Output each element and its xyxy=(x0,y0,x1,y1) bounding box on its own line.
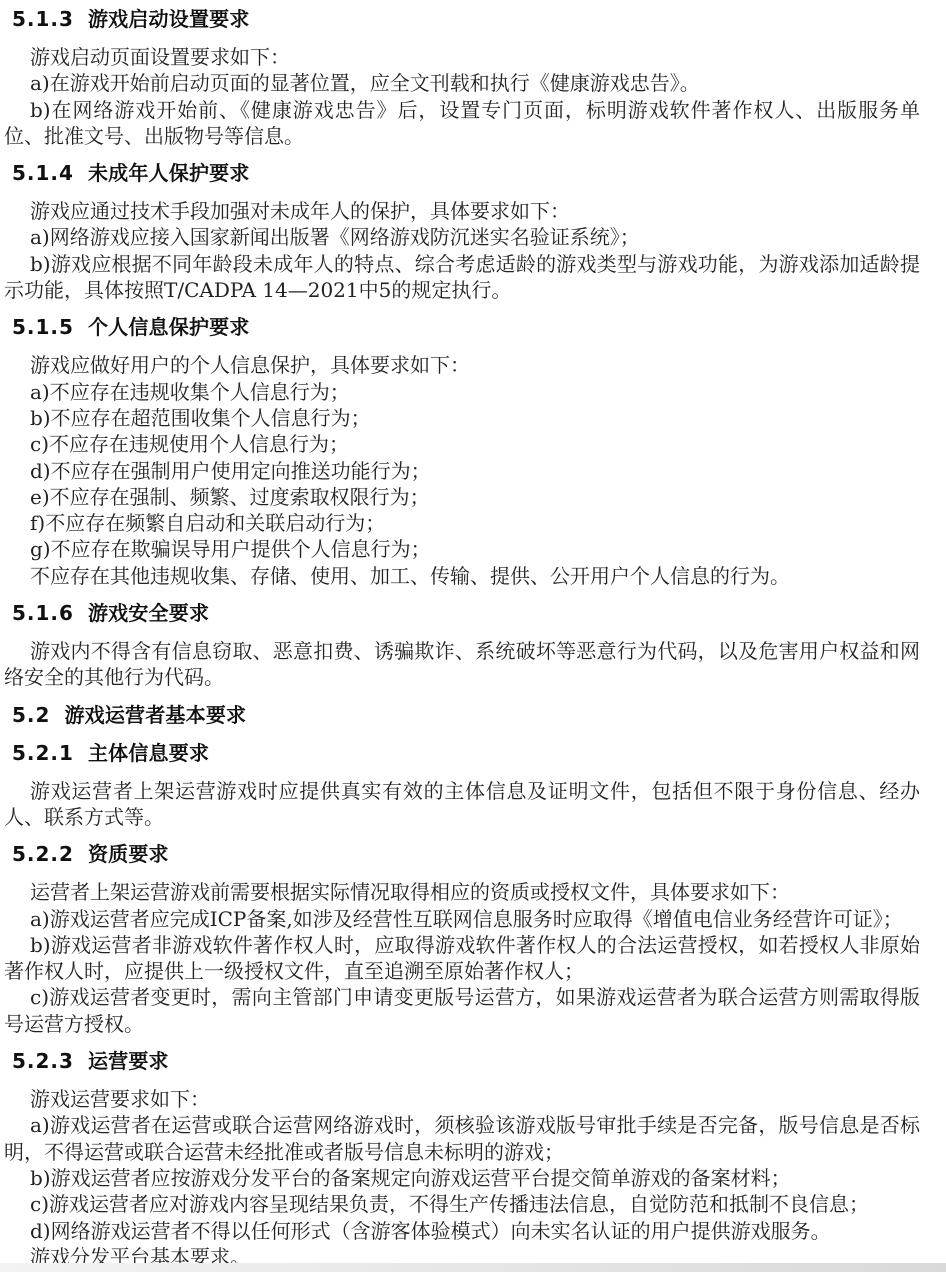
paragraph: e)不应存在强制、频繁、过度索取权限行为； xyxy=(4,484,920,510)
paragraph: b)游戏运营者应按游戏分发平台的备案规定向游戏运营平台提交简单游戏的备案材料； xyxy=(4,1165,920,1191)
paragraph: 游戏内不得含有信息窃取、恶意扣费、诱骗欺诈、系统破坏等恶意行为代码，以及危害用户… xyxy=(4,638,920,691)
heading-title: 个人信息保护要求 xyxy=(88,315,250,339)
paragraph: 游戏运营者上架运营游戏时应提供真实有效的主体信息及证明文件，包括但不限于身份信息… xyxy=(4,778,920,831)
section-heading: 5.2.3运营要求 xyxy=(12,1048,920,1075)
paragraph: 不应存在其他违规收集、存储、使用、加工、传输、提供、公开用户个人信息的行为。 xyxy=(4,563,920,589)
section-heading: 5.2.1主体信息要求 xyxy=(12,740,920,767)
section-heading: 5.1.5个人信息保护要求 xyxy=(12,314,920,341)
document-page: { "page": { "background": "#ffffff", "te… xyxy=(0,0,946,1272)
heading-title: 游戏启动设置要求 xyxy=(88,7,250,31)
section-5-1-4: 5.1.4未成年人保护要求 游戏应通过技术手段加强对未成年人的保护，具体要求如下… xyxy=(4,160,920,303)
paragraph: a)游戏运营者在运营或联合运营网络游戏时，须核验该游戏版号审批手续是否完备，版号… xyxy=(4,1112,920,1165)
heading-number: 5.1.4 xyxy=(12,161,74,185)
section-5-1-5: 5.1.5个人信息保护要求 游戏应做好用户的个人信息保护，具体要求如下： a)不… xyxy=(4,314,920,589)
heading-number: 5.1.5 xyxy=(12,315,74,339)
paragraph: b)游戏应根据不同年龄段未成年人的特点、综合考虑适龄的游戏类型与游戏功能，为游戏… xyxy=(4,251,920,304)
heading-title: 游戏安全要求 xyxy=(88,601,209,625)
page-bottom-shadow xyxy=(0,1263,946,1272)
paragraph: a)游戏运营者应完成ICP备案,如涉及经营性互联网信息服务时应取得《增值电信业务… xyxy=(4,906,920,932)
paragraph: c)游戏运营者应对游戏内容呈现结果负责，不得生产传播违法信息，自觉防范和抵制不良… xyxy=(4,1191,920,1217)
heading-title: 未成年人保护要求 xyxy=(88,161,250,185)
paragraph: a)网络游戏应接入国家新闻出版署《网络游戏防沉迷实名验证系统》； xyxy=(4,224,920,250)
section-5-2: 5.2游戏运营者基本要求 xyxy=(4,702,920,729)
heading-title: 游戏运营者基本要求 xyxy=(64,703,246,727)
heading-number: 5.2.2 xyxy=(12,842,74,866)
heading-title: 运营要求 xyxy=(88,1049,169,1073)
paragraph: b)不应存在超范围收集个人信息行为； xyxy=(4,405,920,431)
section-5-2-3: 5.2.3运营要求 游戏运营要求如下： a)游戏运营者在运营或联合运营网络游戏时… xyxy=(4,1048,920,1270)
paragraph: 游戏应通过技术手段加强对未成年人的保护，具体要求如下： xyxy=(4,198,920,224)
section-5-1-3: 5.1.3游戏启动设置要求 游戏启动页面设置要求如下： a)在游戏开始前启动页面… xyxy=(4,6,920,149)
section-5-2-1: 5.2.1主体信息要求 游戏运营者上架运营游戏时应提供真实有效的主体信息及证明文… xyxy=(4,740,920,831)
paragraph: a)不应存在违规收集个人信息行为； xyxy=(4,379,920,405)
section-heading: 5.2游戏运营者基本要求 xyxy=(12,702,920,729)
section-heading: 5.1.3游戏启动设置要求 xyxy=(12,6,920,33)
section-5-1-6: 5.1.6游戏安全要求 游戏内不得含有信息窃取、恶意扣费、诱骗欺诈、系统破坏等恶… xyxy=(4,600,920,691)
paragraph: c)不应存在违规使用个人信息行为； xyxy=(4,431,920,457)
paragraph: g)不应存在欺骗误导用户提供个人信息行为； xyxy=(4,536,920,562)
heading-number: 5.2.1 xyxy=(12,741,74,765)
section-heading: 5.2.2资质要求 xyxy=(12,841,920,868)
paragraph: d)不应存在强制用户使用定向推送功能行为； xyxy=(4,458,920,484)
heading-number: 5.1.3 xyxy=(12,7,74,31)
heading-title: 资质要求 xyxy=(88,842,169,866)
paragraph: c)游戏运营者变更时，需向主管部门申请变更版号运营方，如果游戏运营者为联合运营方… xyxy=(4,984,920,1037)
paragraph: 游戏启动页面设置要求如下： xyxy=(4,44,920,70)
paragraph: d)网络游戏运营者不得以任何形式（含游客体验模式）向未实名认证的用户提供游戏服务… xyxy=(4,1218,920,1244)
section-heading: 5.1.6游戏安全要求 xyxy=(12,600,920,627)
paragraph: f)不应存在频繁自启动和关联启动行为； xyxy=(4,510,920,536)
section-heading: 5.1.4未成年人保护要求 xyxy=(12,160,920,187)
paragraph: b)游戏运营者非游戏软件著作权人时，应取得游戏软件著作权人的合法运营授权，如若授… xyxy=(4,932,920,985)
heading-title: 主体信息要求 xyxy=(88,741,209,765)
heading-number: 5.2 xyxy=(12,703,50,727)
section-5-2-2: 5.2.2资质要求 运营者上架运营游戏前需要根据实际情况取得相应的资质或授权文件… xyxy=(4,841,920,1037)
paragraph: a)在游戏开始前启动页面的显著位置，应全文刊载和执行《健康游戏忠告》。 xyxy=(4,70,920,96)
heading-number: 5.2.3 xyxy=(12,1049,74,1073)
heading-number: 5.1.6 xyxy=(12,601,74,625)
document-body: 5.1.3游戏启动设置要求 游戏启动页面设置要求如下： a)在游戏开始前启动页面… xyxy=(0,0,946,1272)
paragraph: b)在网络游戏开始前、《健康游戏忠告》后，设置专门页面，标明游戏软件著作权人、出… xyxy=(4,97,920,150)
paragraph: 运营者上架运营游戏前需要根据实际情况取得相应的资质或授权文件，具体要求如下： xyxy=(4,879,920,905)
paragraph: 游戏应做好用户的个人信息保护，具体要求如下： xyxy=(4,352,920,378)
paragraph: 游戏运营要求如下： xyxy=(4,1086,920,1112)
